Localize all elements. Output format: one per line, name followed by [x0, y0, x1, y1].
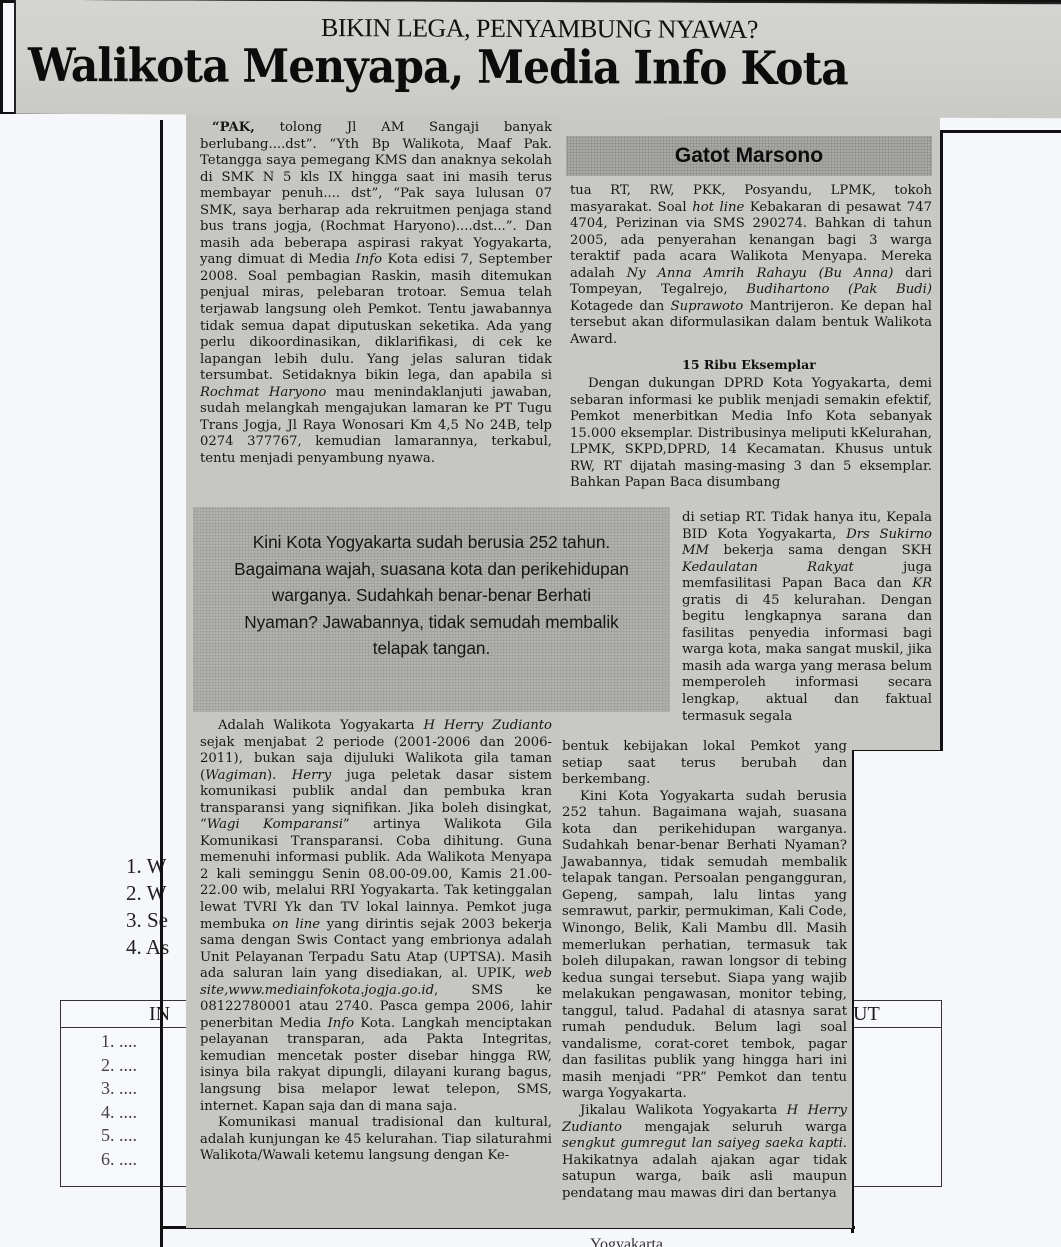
- subheading: 15 Ribu Eksemplar: [566, 357, 932, 372]
- table-row: 6. ....: [101, 1149, 137, 1173]
- scan-border-left: [0, 0, 3, 112]
- column-1-bottom: Adalah Walikota Yogyakarta H Herry Zudia…: [200, 718, 552, 1165]
- frame-right-top: [940, 130, 1061, 133]
- table-row: 1. ....: [101, 1031, 137, 1055]
- underlying-footer: Yogyakarta: [590, 1236, 663, 1247]
- lead-in: “PAK,: [212, 120, 255, 135]
- table-row: 3. ....: [101, 1078, 137, 1102]
- table-row: 4. ....: [101, 1102, 137, 1126]
- table-row: 5. ....: [101, 1125, 137, 1149]
- byline: Gatot Marsono: [566, 136, 932, 176]
- table-rows: 1. .... 2. .... 3. .... 4. .... 5. .... …: [101, 1031, 137, 1172]
- pull-quote-box: Kini Kota Yogyakarta sudah berusia 252 t…: [193, 507, 670, 712]
- headline-strip: BIKIN LEGA, PENYAMBUNG NYAWA? Walikota M…: [14, 0, 1061, 118]
- table-row: 2. ....: [101, 1055, 137, 1079]
- column-2-narrow: di setiap RT. Tidak hanya itu, Kepala BI…: [682, 510, 932, 725]
- headline: Walikota Menyapa, Media Info Kota: [28, 38, 848, 96]
- column-1-top: “PAK, tolong Jl AM Sangaji banyak berlub…: [200, 120, 552, 467]
- frame-right-line: [940, 130, 943, 750]
- column-2-middle: Dengan dukungan DPRD Kota Yogyakarta, de…: [570, 376, 932, 492]
- frame-left-line: [160, 120, 163, 1247]
- pull-quote-text: Kini Kota Yogyakarta sudah berusia 252 t…: [233, 529, 630, 662]
- column-2-top: tua RT, RW, PKK, Posyandu, LPMK, tokoh m…: [570, 183, 932, 348]
- column-2-bottom: bentuk kebijakan lokal Pemkot yang setia…: [562, 739, 847, 1202]
- table-header-right: UT: [853, 1003, 880, 1026]
